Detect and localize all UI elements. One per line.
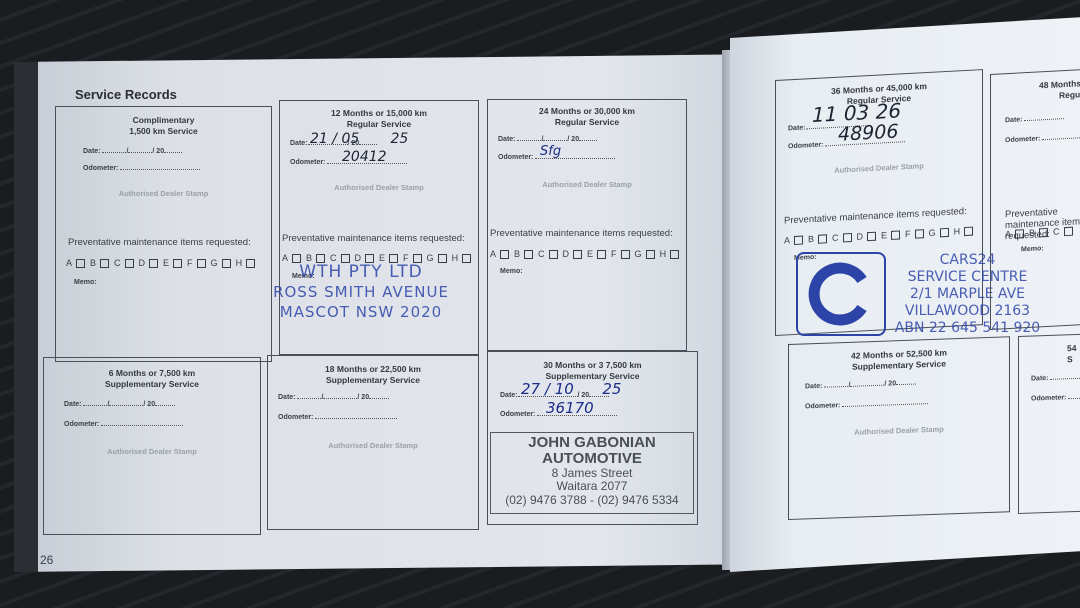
checkbox-a[interactable] (76, 259, 85, 268)
memo-label: Memo: (500, 268, 523, 275)
date-field[interactable]: Date: (1005, 113, 1064, 124)
checkbox-b[interactable] (818, 234, 827, 243)
service-heading: 24 Months or 30,000 kmRegular Service (488, 106, 686, 128)
checkbox-d[interactable] (149, 259, 158, 268)
handwritten-odometer: 20412 (342, 149, 387, 165)
checkbox-e[interactable] (891, 230, 900, 239)
service-heading: Complimentary1,500 km Service (56, 115, 271, 137)
checkbox-b[interactable] (100, 259, 109, 268)
date-field[interactable]: Date: // 20 (805, 379, 916, 391)
handwritten-date: 21 / 05 25 (310, 131, 408, 147)
odometer-field[interactable]: Odometer: (64, 420, 183, 428)
checkbox-row: A B C D E F G H (66, 258, 258, 268)
odometer-field[interactable]: Odometer: (1031, 393, 1080, 403)
checkbox-e[interactable] (597, 250, 606, 259)
service-box-42-months: 42 Months or 52,500 kmSupplementary Serv… (788, 336, 1010, 520)
service-box-48-months: 48 MonthsRegu Date: Odometer: Preventati… (990, 68, 1080, 330)
service-heading: 18 Months or 22,500 kmSupplementary Serv… (268, 364, 478, 386)
checkbox-b[interactable] (1039, 227, 1048, 236)
handwritten-date: 27 / 10 25 (521, 380, 621, 398)
page-number: 26 (40, 553, 53, 567)
preventative-label: Preventative maintenance items requested… (490, 228, 673, 239)
stamp-label: Authorised Dealer Stamp (488, 180, 686, 189)
odometer-scribble: Sfg (540, 144, 561, 159)
service-box-24-months: 24 Months or 30,000 kmRegular Service Da… (487, 99, 687, 351)
service-heading: 42 Months or 52,500 kmSupplementary Serv… (789, 345, 1009, 375)
checkbox-b[interactable] (524, 250, 533, 259)
service-heading: 30 Months or 3 7,500 kmSupplementary Ser… (488, 360, 697, 382)
preventative-label: Preventative maintenance items requested… (68, 237, 251, 248)
cars24-logo-stamp (796, 252, 886, 336)
checkbox-c[interactable] (1064, 226, 1073, 235)
page-title: Service Records (75, 87, 177, 102)
checkbox-c[interactable] (125, 259, 134, 268)
checkbox-h[interactable] (670, 250, 679, 259)
odometer-field[interactable]: Odometer: (83, 164, 200, 172)
memo-label: Memo: (1021, 245, 1044, 253)
checkbox-f[interactable] (621, 250, 630, 259)
odometer-field[interactable]: Odometer: (278, 413, 397, 421)
checkbox-f[interactable] (915, 229, 924, 238)
memo-label: Memo: (74, 279, 97, 286)
cars24-logo-icon (798, 254, 884, 334)
stamp-label: Authorised Dealer Stamp (776, 158, 982, 178)
service-box-30-months: 30 Months or 3 7,500 kmSupplementary Ser… (487, 351, 698, 525)
stamp-label: Authorised Dealer Stamp (789, 422, 1009, 439)
service-box-18-months: 18 Months or 22,500 kmSupplementary Serv… (267, 355, 479, 530)
preventative-label: Preventative maintenance items requested… (784, 206, 967, 227)
checkbox-d[interactable] (867, 231, 876, 240)
checkbox-g[interactable] (222, 259, 231, 268)
stamp-label: Authorised Dealer Stamp (44, 447, 260, 456)
odometer-field[interactable]: Odometer: (1005, 132, 1080, 144)
checkbox-d[interactable] (573, 250, 582, 259)
stamp-label: Authorised Dealer Stamp (280, 183, 478, 192)
john-gabonian-stamp: JOHN GABONIAN AUTOMOTIVE 8 James Street … (490, 432, 694, 514)
service-heading: 12 Months or 15,000 kmRegular Service (280, 108, 478, 130)
checkbox-a[interactable] (794, 235, 803, 244)
stamp-label: Authorised Dealer Stamp (268, 441, 478, 450)
stamp-label: Authorised Dealer Stamp (56, 189, 271, 198)
service-box-54-months: 54S Date: Odometer: (1018, 333, 1080, 514)
wth-dealer-stamp: WTH PTY LTD ROSS SMITH AVENUE MASCOT NSW… (256, 262, 466, 322)
date-field[interactable]: Date: // 20 (278, 393, 389, 401)
service-box-6-months: 6 Months or 7,500 kmSupplementary Servic… (43, 357, 261, 535)
checkbox-e[interactable] (173, 259, 182, 268)
date-field[interactable]: Date: (1031, 373, 1080, 383)
service-heading: 54S (1019, 342, 1080, 367)
checkbox-g[interactable] (940, 227, 949, 236)
checkbox-c[interactable] (843, 232, 852, 241)
handwritten-odometer: 48906 (838, 121, 898, 146)
date-field[interactable]: Date: // 20 (64, 400, 175, 408)
checkbox-c[interactable] (549, 250, 558, 259)
date-field[interactable]: Date: // 20 (498, 135, 597, 143)
checkbox-h[interactable] (246, 259, 255, 268)
checkbox-row: A B C D E F G H (490, 249, 682, 259)
handwritten-odometer: 36170 (546, 399, 594, 417)
checkbox-h[interactable] (964, 226, 973, 235)
checkbox-a[interactable] (500, 250, 509, 259)
service-heading: 6 Months or 7,500 kmSupplementary Servic… (44, 368, 260, 390)
odometer-field[interactable]: Odometer: (805, 398, 928, 410)
preventative-label: Preventative maintenance items requested… (282, 233, 465, 244)
service-box-complimentary: Complimentary1,500 km Service Date: // 2… (55, 106, 272, 362)
checkbox-f[interactable] (197, 259, 206, 268)
checkbox-row: A B C D E F G H (784, 225, 976, 245)
checkbox-g[interactable] (646, 250, 655, 259)
service-heading: 48 MonthsRegu (991, 77, 1080, 105)
checkbox-a[interactable] (1015, 229, 1024, 238)
date-field[interactable]: Date: // 20 (83, 147, 182, 155)
